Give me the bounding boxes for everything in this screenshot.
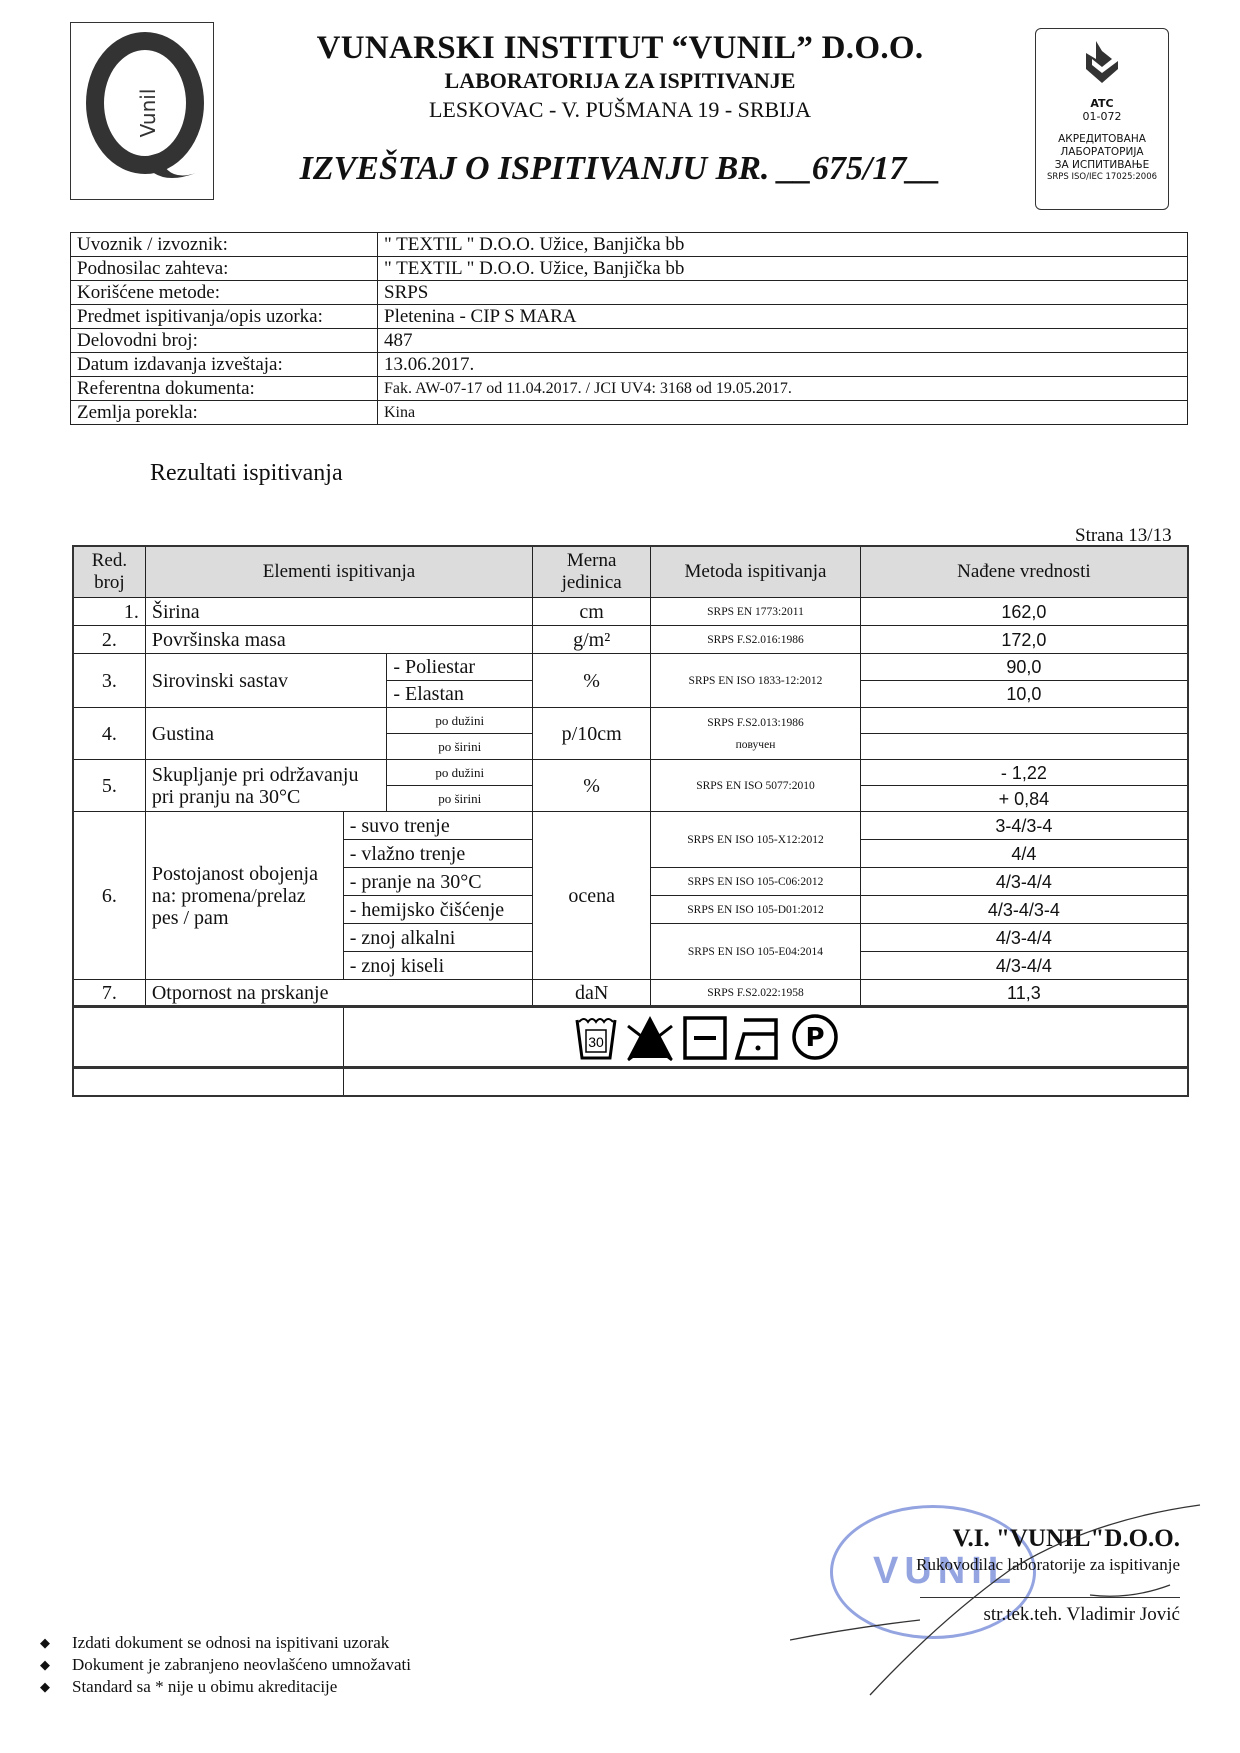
row-value: 4/4 (860, 840, 1188, 868)
row-no: 2. (73, 626, 145, 654)
bullet-icon: ◆ (40, 1676, 72, 1698)
institute-name: VUNARSKI INSTITUT “VUNIL” D.O.O. (250, 30, 990, 67)
row-value: 11,3 (860, 980, 1188, 1007)
info-value: 487 (378, 329, 1188, 353)
row-sub-element: po širini (387, 734, 533, 760)
row-method: SRPS EN ISO 105-X12:2012 (651, 812, 861, 868)
row-value: 3-4/3-4 (860, 812, 1188, 840)
info-row: Predmet ispitivanja/opis uzorka:Pletenin… (71, 305, 1188, 329)
blank-cell (73, 1068, 343, 1097)
method-name: SRPS F.S2.013:1986 (657, 712, 854, 734)
info-label: Referentna dokumenta: (71, 377, 378, 401)
col-value: Nađene vrednosti (860, 546, 1188, 598)
atc-standard: SRPS ISO/IEC 17025:2006 (1036, 172, 1168, 183)
iron-low-icon (734, 1012, 784, 1062)
accreditation-badge: ATC 01-072 АКРЕДИТОВАНА ЛАБОРАТОРИЈА ЗА … (1035, 28, 1169, 210)
table-row: 5. Skupljanje pri održavanju pri pranju … (73, 760, 1188, 786)
address: LESKOVAC - V. PUŠMANA 19 - SRBIJA (250, 97, 990, 123)
page-number: Strana 13/13 (1075, 525, 1172, 547)
row-sub-element: - suvo trenje (343, 812, 532, 840)
row-unit: g/m² (533, 626, 651, 654)
row-method: SRPS EN ISO 105-E04:2014 (651, 924, 861, 980)
row-value (860, 734, 1188, 760)
row-method: SRPS EN ISO 105-C06:2012 (651, 868, 861, 896)
row-unit: p/10cm (533, 708, 651, 760)
row-method: SRPS EN ISO 105-D01:2012 (651, 896, 861, 924)
note-item: ◆Standard sa * nije u obimu akreditacije (40, 1676, 411, 1698)
results-title: Rezultati ispitivanja (150, 460, 343, 487)
info-label: Podnosilac zahteva: (71, 257, 378, 281)
table-row: 4. Gustina po dužini p/10cm SRPS F.S2.01… (73, 708, 1188, 734)
svg-text:30: 30 (588, 1034, 604, 1050)
info-row: Datum izdavanja izveštaja:13.06.2017. (71, 353, 1188, 377)
method-note: повучен (657, 734, 854, 756)
info-label: Korišćene metode: (71, 281, 378, 305)
row-unit: % (533, 654, 651, 708)
row-element: Gustina (145, 708, 387, 760)
info-row: Podnosilac zahteva:" TEXTIL " D.O.O. Uži… (71, 257, 1188, 281)
row-element: Širina (145, 598, 532, 626)
table-row: 2. Površinska masa g/m² SRPS F.S2.016:19… (73, 626, 1188, 654)
row-element: Skupljanje pri održavanju pri pranju na … (145, 760, 387, 812)
row-method: SRPS EN 1773:2011 (651, 598, 861, 626)
row-element: Površinska masa (145, 626, 532, 654)
info-row: Korišćene metode:SRPS (71, 281, 1188, 305)
col-method: Metoda ispitivanja (651, 546, 861, 598)
table-row: 3. Sirovinski sastav - Poliestar % SRPS … (73, 654, 1188, 681)
report-title: IZVEŠTAJ O ISPITIVANJU BR. __675/17__ (250, 150, 990, 188)
col-unit: Merna jedinica (533, 546, 651, 598)
row-element: Postojanost obojenja na: promena/prelaz … (145, 812, 343, 980)
q-logo-icon: Vunil (71, 23, 212, 198)
row-no: 7. (73, 980, 145, 1007)
atc-number: 01-072 (1036, 110, 1168, 123)
row-method: SRPS EN ISO 5077:2010 (651, 760, 861, 812)
row-unit: % (533, 760, 651, 812)
dry-clean-p-icon: P (790, 1012, 840, 1062)
info-value: Fak. AW-07-17 od 11.04.2017. / JCI UV4: … (378, 377, 1188, 401)
row-method: SRPS F.S2.016:1986 (651, 626, 861, 654)
atc-line: АКРЕДИТОВАНА (1036, 133, 1168, 146)
table-row: 7. Otpornost na prskanje daN SRPS F.S2.0… (73, 980, 1188, 1007)
info-row: Zemlja porekla:Kina (71, 401, 1188, 425)
row-no: 3. (73, 654, 145, 708)
atc-logo-icon (1082, 39, 1122, 91)
care-label-cell (73, 1007, 343, 1068)
row-sub-element: - pranje na 30°C (343, 868, 532, 896)
svg-text:P: P (805, 1023, 824, 1053)
row-value (860, 708, 1188, 734)
row-sub-element: - hemijsko čišćenje (343, 896, 532, 924)
row-unit: cm (533, 598, 651, 626)
laboratory-name: LABORATORIJA ZA ISPITIVANJE (250, 68, 990, 94)
dry-flat-icon (682, 1012, 728, 1062)
col-element: Elementi ispitivanja (145, 546, 532, 598)
note-item: ◆Dokument je zabranjeno neovlašćeno umno… (40, 1654, 411, 1676)
report-info-table: Uvoznik / izvoznik:" TEXTIL " D.O.O. Uži… (70, 232, 1188, 425)
row-no: 1. (73, 598, 145, 626)
no-bleach-icon (624, 1012, 676, 1062)
row-sub-element: - Elastan (387, 681, 533, 708)
info-value: Pletenina - CIP S MARA (378, 305, 1188, 329)
info-label: Zemlja porekla: (71, 401, 378, 425)
col-no: Red. broj (73, 546, 145, 598)
row-method: SRPS F.S2.022:1958 (651, 980, 861, 1007)
footer-notes: ◆Izdati dokument se odnosi na ispitivani… (40, 1632, 411, 1698)
svg-text:Vunil: Vunil (136, 89, 160, 138)
row-element: Sirovinski sastav (145, 654, 387, 708)
row-method: SRPS F.S2.013:1986 повучен (651, 708, 861, 760)
row-sub-element: - Poliestar (387, 654, 533, 681)
row-value: 10,0 (860, 681, 1188, 708)
info-value: " TEXTIL " D.O.O. Užice, Banjička bb (378, 257, 1188, 281)
row-no: 4. (73, 708, 145, 760)
row-value: 4/3-4/4 (860, 924, 1188, 952)
info-row: Referentna dokumenta:Fak. AW-07-17 od 11… (71, 377, 1188, 401)
care-symbols-row: 30 P (73, 1007, 1188, 1068)
row-unit: daN (533, 980, 651, 1007)
row-value: + 0,84 (860, 786, 1188, 812)
info-value: 13.06.2017. (378, 353, 1188, 377)
row-sub-element: po dužini (387, 760, 533, 786)
info-value: SRPS (378, 281, 1188, 305)
results-table: Red. broj Elementi ispitivanja Merna jed… (72, 545, 1189, 1097)
row-value: 4/3-4/3-4 (860, 896, 1188, 924)
info-label: Predmet ispitivanja/opis uzorka: (71, 305, 378, 329)
row-sub-element: po širini (387, 786, 533, 812)
table-row: 1. Širina cm SRPS EN 1773:2011 162,0 (73, 598, 1188, 626)
care-symbols-cell: 30 P (343, 1007, 1188, 1068)
row-value: 172,0 (860, 626, 1188, 654)
row-value: - 1,22 (860, 760, 1188, 786)
info-label: Uvoznik / izvoznik: (71, 233, 378, 257)
table-row: 6. Postojanost obojenja na: promena/prel… (73, 812, 1188, 840)
row-value: 162,0 (860, 598, 1188, 626)
info-value: Kina (378, 401, 1188, 425)
atc-line: ЛАБОРАТОРИЈА (1036, 146, 1168, 159)
row-no: 5. (73, 760, 145, 812)
info-row: Delovodni broj:487 (71, 329, 1188, 353)
blank-row (73, 1068, 1188, 1097)
handwritten-signature-icon (790, 1500, 1210, 1700)
bullet-icon: ◆ (40, 1654, 72, 1676)
row-sub-element: - znoj kiseli (343, 952, 532, 980)
vunil-logo: Vunil (70, 22, 214, 200)
row-unit: ocena (533, 812, 651, 980)
wash-30-icon: 30 (574, 1012, 618, 1062)
atc-code: ATC (1036, 97, 1168, 110)
row-sub-element: - vlažno trenje (343, 840, 532, 868)
row-sub-element: - znoj alkalni (343, 924, 532, 952)
info-label: Delovodni broj: (71, 329, 378, 353)
row-value: 90,0 (860, 654, 1188, 681)
info-row: Uvoznik / izvoznik:" TEXTIL " D.O.O. Uži… (71, 233, 1188, 257)
note-item: ◆Izdati dokument se odnosi na ispitivani… (40, 1632, 411, 1654)
info-label: Datum izdavanja izveštaja: (71, 353, 378, 377)
row-element: Otpornost na prskanje (145, 980, 532, 1007)
blank-cell (343, 1068, 1188, 1097)
row-value: 4/3-4/4 (860, 868, 1188, 896)
row-value: 4/3-4/4 (860, 952, 1188, 980)
info-value: " TEXTIL " D.O.O. Užice, Banjička bb (378, 233, 1188, 257)
bullet-icon: ◆ (40, 1632, 72, 1654)
results-header: Red. broj Elementi ispitivanja Merna jed… (73, 546, 1188, 598)
row-no: 6. (73, 812, 145, 980)
row-sub-element: po dužini (387, 708, 533, 734)
row-method: SRPS EN ISO 1833-12:2012 (651, 654, 861, 708)
atc-line: ЗА ИСПИТИВАЊЕ (1036, 159, 1168, 172)
